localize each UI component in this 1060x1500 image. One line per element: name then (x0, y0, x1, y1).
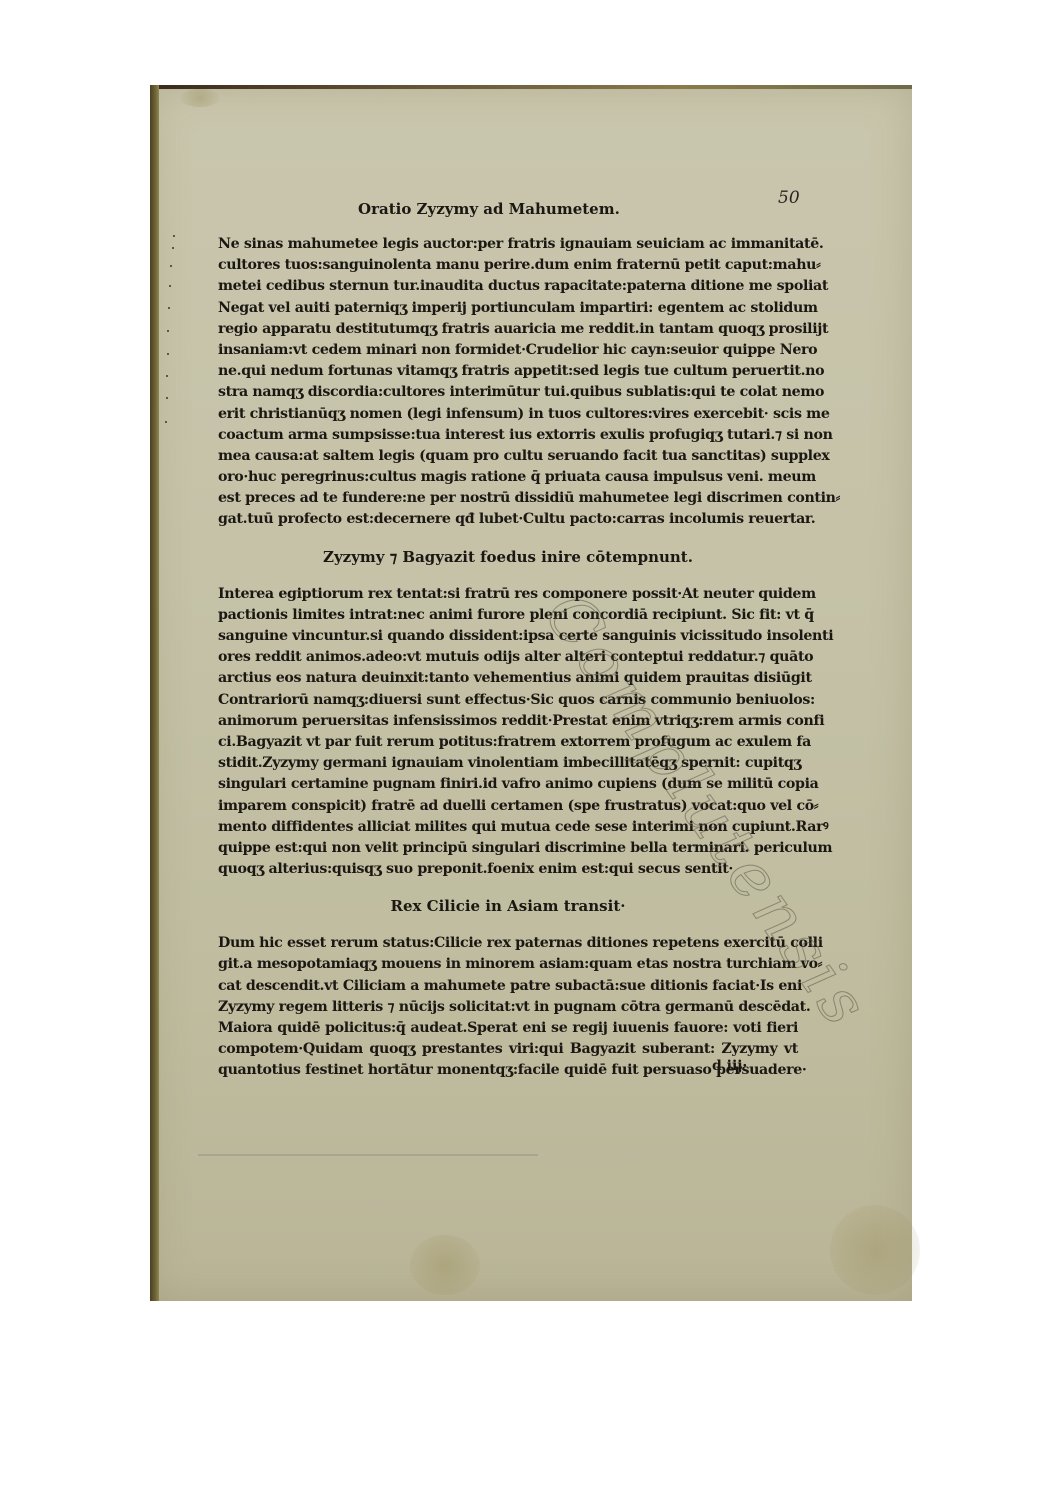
text-line: ne.qui nedum fortunas vitamqʒ fratris ap… (218, 361, 798, 382)
text-line: quantotius festinet hortātur monentqʒ:fa… (218, 1060, 798, 1081)
text-line: Ne sinas mahumetee legis auctor:per frat… (218, 234, 798, 255)
text-line: Contrariorū namqʒ:diuersi sunt effectus·… (218, 690, 798, 711)
text-line: Dum hic esset rerum status:Cilicie rex p… (218, 933, 798, 954)
text-line: coactum arma sumpsisse:tua interest ius … (218, 425, 798, 446)
text-line: ci.Bagyazit vt par fuit rerum potitus:fr… (218, 732, 798, 753)
text-line: est preces ad te fundere:ne per nostrū d… (218, 488, 798, 509)
text-line: stra namqʒ discordia:cultores interimūtu… (218, 382, 798, 403)
text-line: Negat vel auiti paterniqʒ imperij portiu… (218, 298, 798, 319)
text-block: Ne sinas mahumetee legis auctor:per frat… (218, 234, 798, 1082)
margin-pinholes (165, 225, 179, 445)
text-line: Interea egiptiorum rex tentat:si fratrū … (218, 584, 798, 605)
text-line: arctius eos natura deuinxit:tanto veheme… (218, 668, 798, 689)
text-line: pactionis limites intrat:nec animi furor… (218, 605, 798, 626)
text-line: erit christianūqʒ nomen (legi infensum) … (218, 404, 798, 425)
text-line: ores reddit animos.adeo:vt mutuis odijs … (218, 647, 798, 668)
page-top-edge (150, 85, 912, 89)
text-line: oro·huc peregrinus:cultus magis ratione … (218, 467, 798, 488)
text-line: Zyzymy regem litteris ⁊ nūcijs solicitat… (218, 997, 798, 1018)
show-through-line (198, 1154, 538, 1156)
text-line: Maiora quidē policitus:q̄ audeat.Sperat … (218, 1018, 798, 1039)
text-line: compotem·Quidam quoqʒ prestantes viri:qu… (218, 1039, 798, 1060)
section-heading: Zyzymy ⁊ Bagyazit foedus inire cōtempnun… (218, 547, 798, 568)
signature-mark: d iij· (712, 1058, 747, 1074)
page-binding-edge (150, 85, 159, 1301)
section-heading: Rex Cilicie in Asiam transit· (218, 896, 798, 917)
text-line: cultores tuos:sanguinolenta manu perire.… (218, 255, 798, 276)
text-line: git.a mesopotamiaqʒ mouens in minorem as… (218, 954, 798, 975)
paper-stain (830, 1205, 920, 1295)
section-cilicia: Dum hic esset rerum status:Cilicie rex p… (218, 933, 798, 1081)
paper-stain (180, 89, 220, 107)
text-line: metei cedibus sternun tur.inaudita ductu… (218, 276, 798, 297)
text-line: mea causa:at saltem legis (quam pro cult… (218, 446, 798, 467)
text-line: cat descendit.vt Ciliciam a mahumete pat… (218, 976, 798, 997)
text-line: regio apparatu destitutumqʒ fratris auar… (218, 319, 798, 340)
text-line: sanguine vincuntur.si quando dissident:i… (218, 626, 798, 647)
running-head: Oratio Zyzymy ad Mahumetem. (358, 200, 620, 218)
paper-stain (410, 1235, 480, 1295)
text-line: insaniam:vt cedem minari non formidet·Cr… (218, 340, 798, 361)
text-line: gat.tuū profecto est:decernere qđ lubet·… (218, 509, 798, 530)
text-line: animorum peruersitas infensissimos reddi… (218, 711, 798, 732)
folio-number: 50 (778, 188, 800, 208)
section-oratio: Ne sinas mahumetee legis auctor:per frat… (218, 234, 798, 531)
